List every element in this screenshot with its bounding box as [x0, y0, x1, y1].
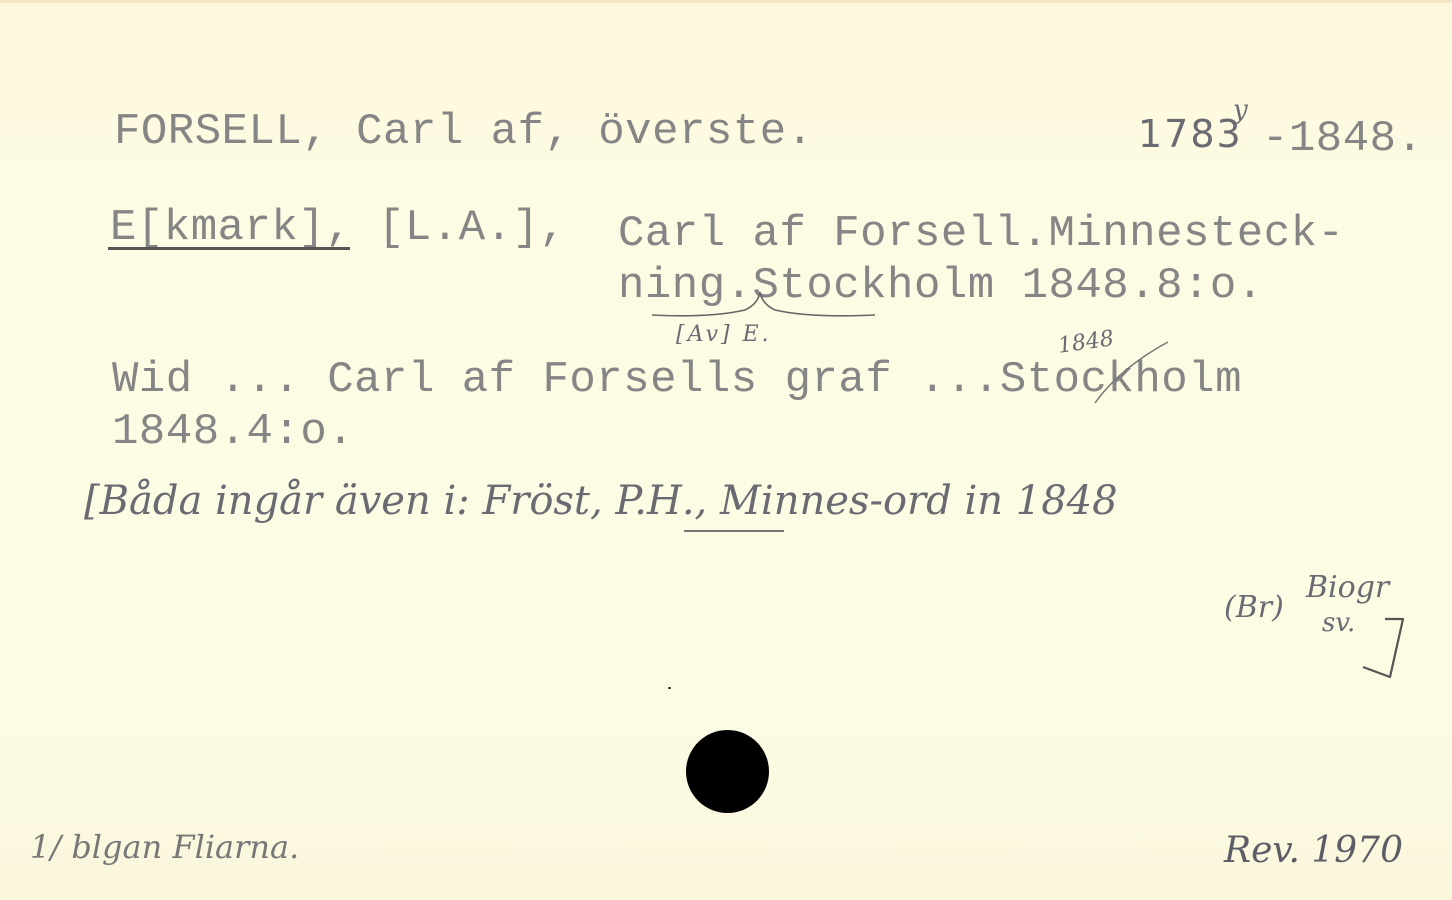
- heading-dates: -1848.: [1262, 117, 1423, 161]
- note-source-line1: Biogr: [1306, 570, 1389, 605]
- entry1-author: E[kmark],: [110, 206, 352, 250]
- catalog-card: FORSELL, Carl af, överste. 1783 y -1848.…: [0, 0, 1452, 900]
- note-line1: [Båda ingår även i: Fröst, P.H., Minnes-…: [84, 478, 1118, 524]
- close-bracket-mark: [1355, 615, 1415, 685]
- entry1-title-line1: Carl af Forsell.Minnesteck-: [618, 212, 1344, 256]
- punch-hole: [686, 730, 769, 813]
- author-underline: [108, 247, 350, 250]
- footer-revision: Rev. 1970: [1224, 830, 1403, 871]
- entry2-line2: 1848.4:o.: [112, 410, 354, 454]
- note-source-prefix: (Br): [1224, 590, 1284, 625]
- entry1-initials: [L.A.],: [378, 206, 566, 250]
- birth-year-mark: y: [1233, 95, 1248, 125]
- entry1-annotation: [Av] E.: [676, 322, 772, 347]
- heading-name: FORSELL, Carl af, överste.: [114, 110, 814, 154]
- footer-left-note: 1/ blgan Fliarna.: [30, 828, 299, 866]
- speck: [668, 687, 671, 689]
- brace-mark: [650, 290, 880, 320]
- frost-underline: [684, 530, 784, 532]
- strike-mark: [1060, 338, 1170, 408]
- note-source-line2: sv.: [1322, 608, 1355, 638]
- birth-year-handwritten: 1783: [1138, 112, 1243, 156]
